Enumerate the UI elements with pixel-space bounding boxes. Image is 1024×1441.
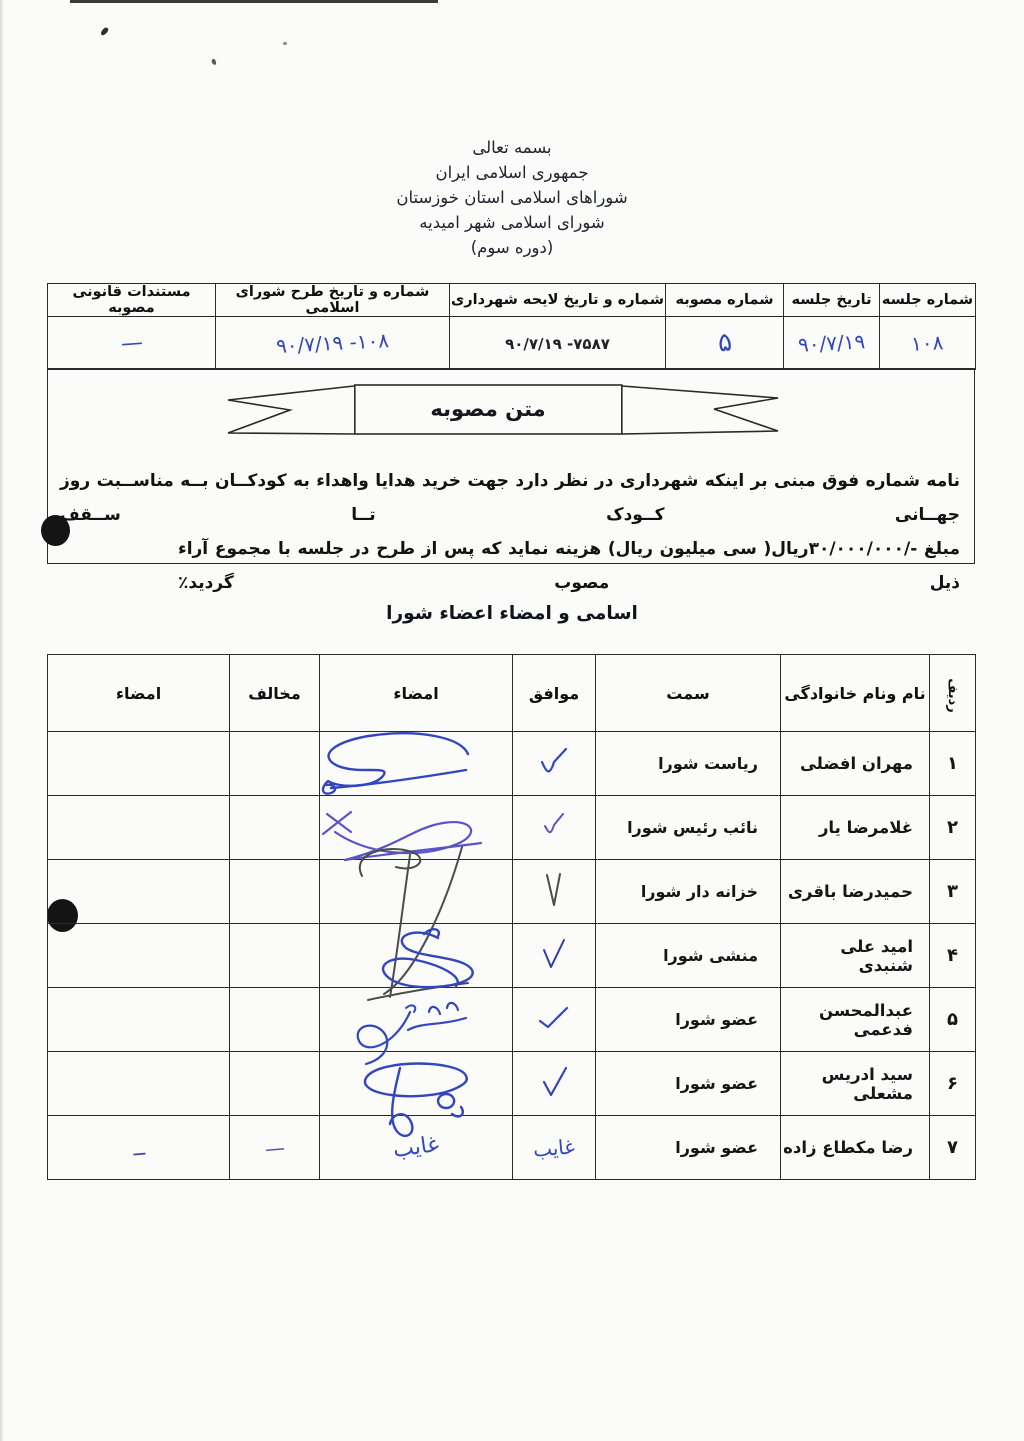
scan-artifact-line [70,0,438,3]
meta-value-municipality-bill: ۹۰/۷/۱۹ -۷۵۸۷ [450,317,666,370]
member-row: ۲ غلامرضا یار نائب رئیس شورا [48,796,976,860]
member-position: عضو شورا [596,988,781,1052]
member-signature2-cell: ــ [48,1116,230,1180]
member-row: ۶ سید ادریس مشعلی عضو شورا [48,1052,976,1116]
scan-ink-speck [100,26,109,36]
member-oppose-cell [230,860,320,924]
member-oppose-cell [230,924,320,988]
member-row: ۱ مهران افضلی ریاست شورا [48,732,976,796]
member-row-number: ۶ [930,1052,976,1116]
member-signature-cell: غایب [320,1116,513,1180]
members-header-agree: موافق [513,655,596,732]
member-signature-cell [320,924,513,988]
meta-header-row: شماره جلسه تاریخ جلسه شماره مصوبه شماره … [48,284,976,317]
letterhead-city-council: شورای اسلامی شهر امیدیه [0,210,1024,235]
absent-note: غایب [392,1132,441,1163]
member-row-number: ۷ [930,1116,976,1180]
member-signature2-cell [48,796,230,860]
member-row-number: ۴ [930,924,976,988]
resolution-text-line2: مبلغ -/۳۰/۰۰۰/۰۰۰ریال( سی میلیون ریال) ه… [60,532,960,600]
members-table: ردیف نام ونام خانوادگی سمت موافق امضاء م… [47,654,976,1180]
agree-checkmark-icon [538,1005,570,1035]
agree-checkmark-icon [542,812,566,844]
letterhead: بسمه تعالی جمهوری اسلامی ایران شوراهای ا… [0,135,1024,260]
member-signature-cell [320,860,513,924]
member-position: خزانه دار شورا [596,860,781,924]
agree-checkmark-icon [538,746,570,782]
letterhead-province-councils: شوراهای اسلامی استان خوزستان [0,185,1024,210]
meta-value-council-plan: ۹۰/۷/۱۹ -۱۰۸ [216,317,450,370]
member-name: عبدالمحسن فدعمی [781,988,930,1052]
members-header-signature: امضاء [320,655,513,732]
member-signature-cell [320,732,513,796]
resolution-banner-title: متن مصوبه [354,384,622,434]
members-header-row-number: ردیف [930,655,976,732]
member-agree-cell [513,1052,596,1116]
scan-ink-speck [211,58,217,65]
meta-value-legal-docs: — [48,317,216,370]
member-signature2-cell [48,988,230,1052]
member-oppose-cell [230,732,320,796]
meta-value-resolution-number: ۵ [666,317,784,370]
member-signature2-cell [48,1052,230,1116]
member-signature-cell [320,988,513,1052]
scan-ink-speck [283,42,287,45]
members-header-row: ردیف نام ونام خانوادگی سمت موافق امضاء م… [48,655,976,732]
member-signature2-cell [48,732,230,796]
member-signature-cell [320,796,513,860]
meta-values-row: ۱۰۸ ۹۰/۷/۱۹ ۵ ۹۰/۷/۱۹ -۷۵۸۷ ۹۰/۷/۱۹ -۱۰۸… [48,317,976,370]
member-name: غلامرضا یار [781,796,930,860]
member-oppose-cell: — [230,1116,320,1180]
meta-value-session-number: ۱۰۸ [880,317,976,370]
member-row-number: ۵ [930,988,976,1052]
members-header-name: نام ونام خانوادگی [781,655,930,732]
member-signature-cell [320,1052,513,1116]
member-name: امید علی شنبدی [781,924,930,988]
member-oppose-cell [230,796,320,860]
member-position: عضو شورا [596,1116,781,1180]
member-position: عضو شورا [596,1052,781,1116]
member-row: ۵ عبدالمحسن فدعمی عضو شورا [48,988,976,1052]
member-row: ۷ رضا مکطاع زاده عضو شورا غایب غایب — ــ [48,1116,976,1180]
member-row-number: ۲ [930,796,976,860]
member-agree-cell [513,796,596,860]
meta-header-session-number: شماره جلسه [880,284,976,317]
members-header-signature2: امضاء [48,655,230,732]
member-signature2-cell [48,860,230,924]
member-name: سید ادریس مشعلی [781,1052,930,1116]
meta-header-session-date: تاریخ جلسه [784,284,880,317]
member-row-number: ۱ [930,732,976,796]
member-agree-cell [513,988,596,1052]
agree-checkmark-icon [541,872,567,912]
meta-header-municipality-bill: شماره و تاریخ لایحه شهرداری [450,284,666,317]
letterhead-country: جمهوری اسلامی ایران [0,160,1024,185]
letterhead-term: (دوره سوم) [0,235,1024,260]
resolution-box: متن مصوبه نامه شماره فوق مبنی بر اینکه ش… [47,368,975,564]
punch-hole [41,515,70,546]
member-agree-cell [513,732,596,796]
agree-checkmark-icon [540,1066,568,1102]
scanned-document-page: بسمه تعالی جمهوری اسلامی ایران شوراهای ا… [0,0,1024,1441]
members-header-oppose: مخالف [230,655,320,732]
meta-header-council-plan: شماره و تاریخ طرح شورای اسلامی [216,284,450,317]
meta-value-session-date: ۹۰/۷/۱۹ [784,317,880,370]
oppose-dash-mark: — [263,1135,285,1161]
member-agree-cell [513,860,596,924]
signature-dash-mark: ــ [132,1135,146,1160]
meta-header-legal-docs: مستندات قانونی مصوبه [48,284,216,317]
member-position: منشی شورا [596,924,781,988]
resolution-meta-table: شماره جلسه تاریخ جلسه شماره مصوبه شماره … [47,283,976,370]
letterhead-bismillah: بسمه تعالی [0,135,1024,160]
member-row-number: ۳ [930,860,976,924]
member-row: ۴ امید علی شنبدی منشی شورا [48,924,976,988]
member-row: ۳ حمیدرضا باقری خزانه دار شورا [48,860,976,924]
agree-checkmark-icon [540,938,568,974]
member-position: ریاست شورا [596,732,781,796]
member-agree-cell: غایب [513,1116,596,1180]
member-name: رضا مکطاع زاده [781,1116,930,1180]
member-name: مهران افضلی [781,732,930,796]
member-agree-cell [513,924,596,988]
member-signature2-cell [48,924,230,988]
member-oppose-cell [230,1052,320,1116]
members-section-title: اسامی و امضاء اعضاء شورا [0,603,1024,624]
member-position: نائب رئیس شورا [596,796,781,860]
member-name: حمیدرضا باقری [781,860,930,924]
meta-header-resolution-number: شماره مصوبه [666,284,784,317]
absent-note: غایب [532,1134,576,1162]
resolution-text-line1: نامه شماره فوق مبنی بر اینکه شهرداری در … [60,464,960,532]
member-oppose-cell [230,988,320,1052]
resolution-title-ribbon: متن مصوبه [224,384,782,436]
members-header-position: سمت [596,655,781,732]
resolution-text: نامه شماره فوق مبنی بر اینکه شهرداری در … [60,464,960,600]
